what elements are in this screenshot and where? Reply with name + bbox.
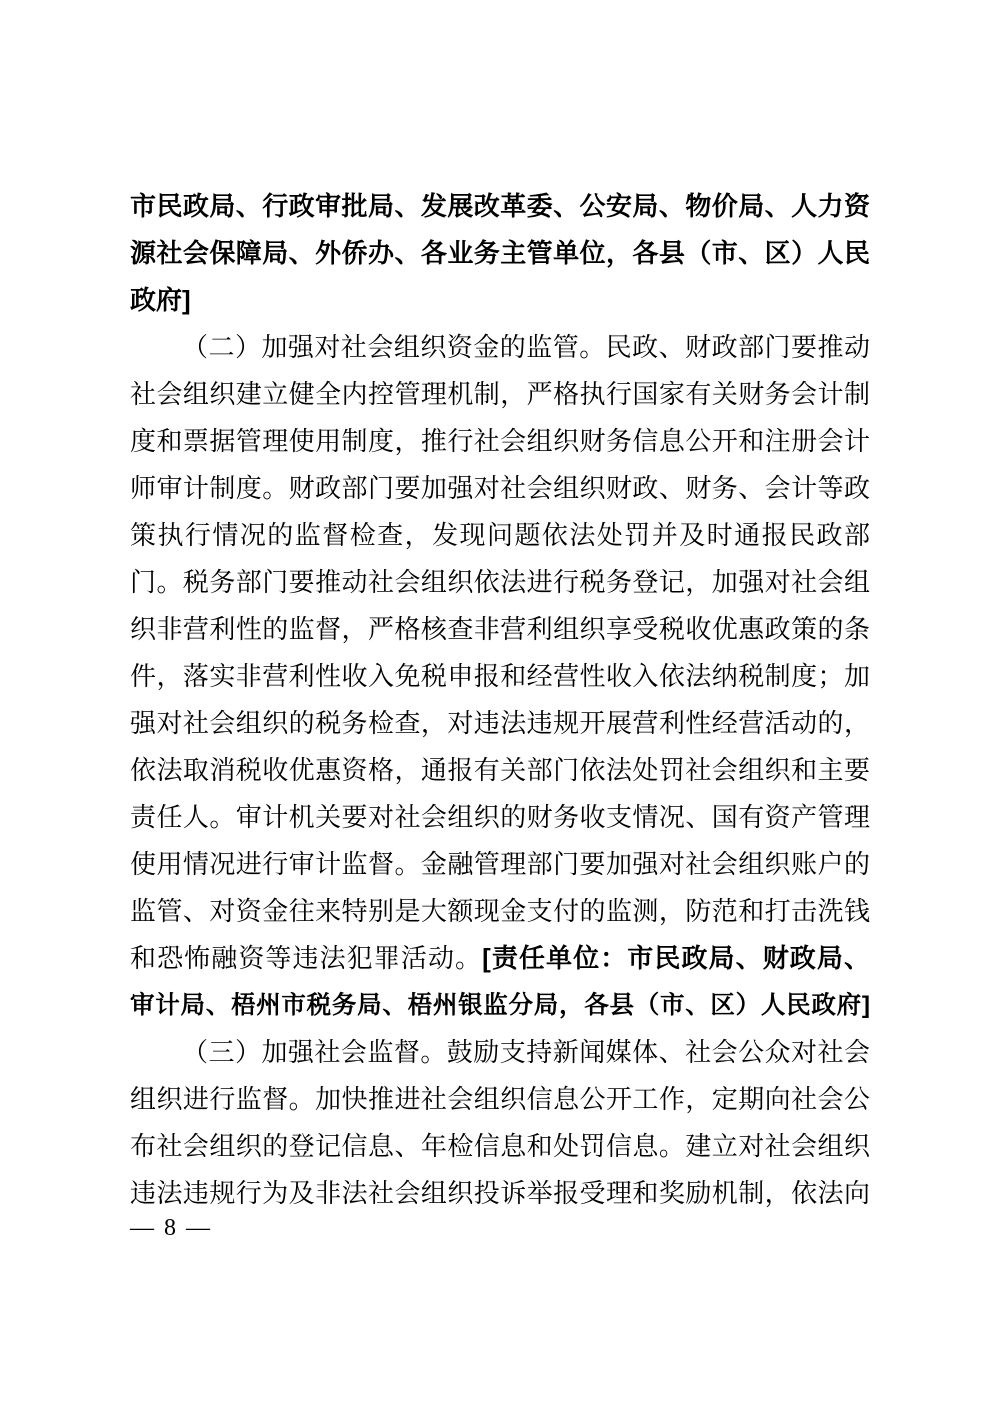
responsible-units-bold-text: 源社会保障局、外侨办、各业务主管单位，各县（市、区）人民 bbox=[130, 238, 870, 268]
body-text: 使用情况进行审计监督。金融管理部门要加强对社会组织账户的 bbox=[130, 850, 870, 879]
body-text: 责任人。审计机关要对社会组织的财务收支情况、国有资产管理 bbox=[130, 803, 870, 832]
body-text: 织非营利性的监督，严格核查非营利组织享受税收优惠政策的条 bbox=[130, 615, 870, 644]
body-text: 布社会组织的登记信息、年检信息和处罚信息。建立对社会组织 bbox=[130, 1132, 870, 1161]
text-line: 依法取消税收优惠资格，通报有关部门依法处罚社会组织和主要 bbox=[130, 747, 870, 794]
text-line: 政府] bbox=[130, 277, 870, 324]
text-line: 师审计制度。财政部门要加强对社会组织财政、财务、会计等政 bbox=[130, 465, 870, 512]
page-number: — 8 — bbox=[130, 1205, 212, 1252]
body-text: 强对社会组织的税务检查，对违法违规开展营利性经营活动的， bbox=[130, 709, 870, 738]
responsible-units-bold-text: 政府] bbox=[130, 285, 191, 315]
body-text: 度和票据管理使用制度，推行社会组织财务信息公开和注册会计 bbox=[130, 427, 870, 456]
body-text: 监管、对资金往来特别是大额现金支付的监测，防范和打击洗钱 bbox=[130, 897, 870, 926]
text-line: 度和票据管理使用制度，推行社会组织财务信息公开和注册会计 bbox=[130, 418, 870, 465]
responsible-units-bold-text: 市民政局、行政审批局、发展改革委、公安局、物价局、人力资 bbox=[130, 191, 870, 221]
text-line: 使用情况进行审计监督。金融管理部门要加强对社会组织账户的 bbox=[130, 841, 870, 888]
text-line: 审计局、梧州市税务局、梧州银监分局，各县（市、区）人民政府] bbox=[130, 982, 870, 1029]
text-line: 布社会组织的登记信息、年检信息和处罚信息。建立对社会组织 bbox=[130, 1123, 870, 1170]
text-line: 门。税务部门要推动社会组织依法进行税务登记，加强对社会组 bbox=[130, 559, 870, 606]
text-line: 织非营利性的监督，严格核查非营利组织享受税收优惠政策的条 bbox=[130, 606, 870, 653]
body-text: 社会组织建立健全内控管理机制，严格执行国家有关财务会计制 bbox=[130, 380, 870, 409]
body-text: 策执行情况的监督检查，发现问题依法处罚并及时通报民政部 bbox=[130, 521, 870, 550]
responsible-units-bold-text: [责任单位：市民政局、财政局、 bbox=[482, 943, 870, 973]
body-text: 组织进行监督。加快推进社会组织信息公开工作，定期向社会公 bbox=[130, 1085, 870, 1114]
text-line: 源社会保障局、外侨办、各业务主管单位，各县（市、区）人民 bbox=[130, 230, 870, 277]
text-line-section-2-start: （二）加强对社会组织资金的监管。民政、财政部门要推动 bbox=[130, 324, 870, 371]
body-text: 依法取消税收优惠资格，通报有关部门依法处罚社会组织和主要 bbox=[130, 756, 870, 785]
text-line: 策执行情况的监督检查，发现问题依法处罚并及时通报民政部 bbox=[130, 512, 870, 559]
body-text: 违法违规行为及非法社会组织投诉举报受理和奖励机制，依法向 bbox=[130, 1179, 870, 1208]
text-line: 监管、对资金往来特别是大额现金支付的监测，防范和打击洗钱 bbox=[130, 888, 870, 935]
responsible-units-bold-text: 审计局、梧州市税务局、梧州银监分局，各县（市、区）人民政府] bbox=[130, 992, 870, 1019]
text-line: 强对社会组织的税务检查，对违法违规开展营利性经营活动的， bbox=[130, 700, 870, 747]
text-line: 社会组织建立健全内控管理机制，严格执行国家有关财务会计制 bbox=[130, 371, 870, 418]
text-line-section-3-start: （三）加强社会监督。鼓励支持新闻媒体、社会公众对社会 bbox=[130, 1029, 870, 1076]
body-text: 件，落实非营利性收入免税申报和经营性收入依法纳税制度；加 bbox=[130, 662, 870, 691]
body-text: 门。税务部门要推动社会组织依法进行税务登记，加强对社会组 bbox=[130, 568, 870, 597]
text-line: 组织进行监督。加快推进社会组织信息公开工作，定期向社会公 bbox=[130, 1076, 870, 1123]
text-line: 违法违规行为及非法社会组织投诉举报受理和奖励机制，依法向 bbox=[130, 1170, 870, 1217]
body-text: （二）加强对社会组织资金的监管。民政、财政部门要推动 bbox=[182, 333, 870, 362]
text-line-mixed: 和恐怖融资等违法犯罪活动。[责任单位：市民政局、财政局、 bbox=[130, 935, 870, 982]
text-block: 市民政局、行政审批局、发展改革委、公安局、物价局、人力资 源社会保障局、外侨办、… bbox=[130, 183, 870, 1217]
body-text: 和恐怖融资等违法犯罪活动。 bbox=[130, 944, 482, 973]
body-text: 师审计制度。财政部门要加强对社会组织财政、财务、会计等政 bbox=[130, 474, 870, 503]
text-line: 市民政局、行政审批局、发展改革委、公安局、物价局、人力资 bbox=[130, 183, 870, 230]
text-line: 件，落实非营利性收入免税申报和经营性收入依法纳税制度；加 bbox=[130, 653, 870, 700]
text-line: 责任人。审计机关要对社会组织的财务收支情况、国有资产管理 bbox=[130, 794, 870, 841]
body-text: （三）加强社会监督。鼓励支持新闻媒体、社会公众对社会 bbox=[182, 1038, 870, 1067]
document-page: 市民政局、行政审批局、发展改革委、公安局、物价局、人力资 源社会保障局、外侨办、… bbox=[0, 0, 992, 1403]
